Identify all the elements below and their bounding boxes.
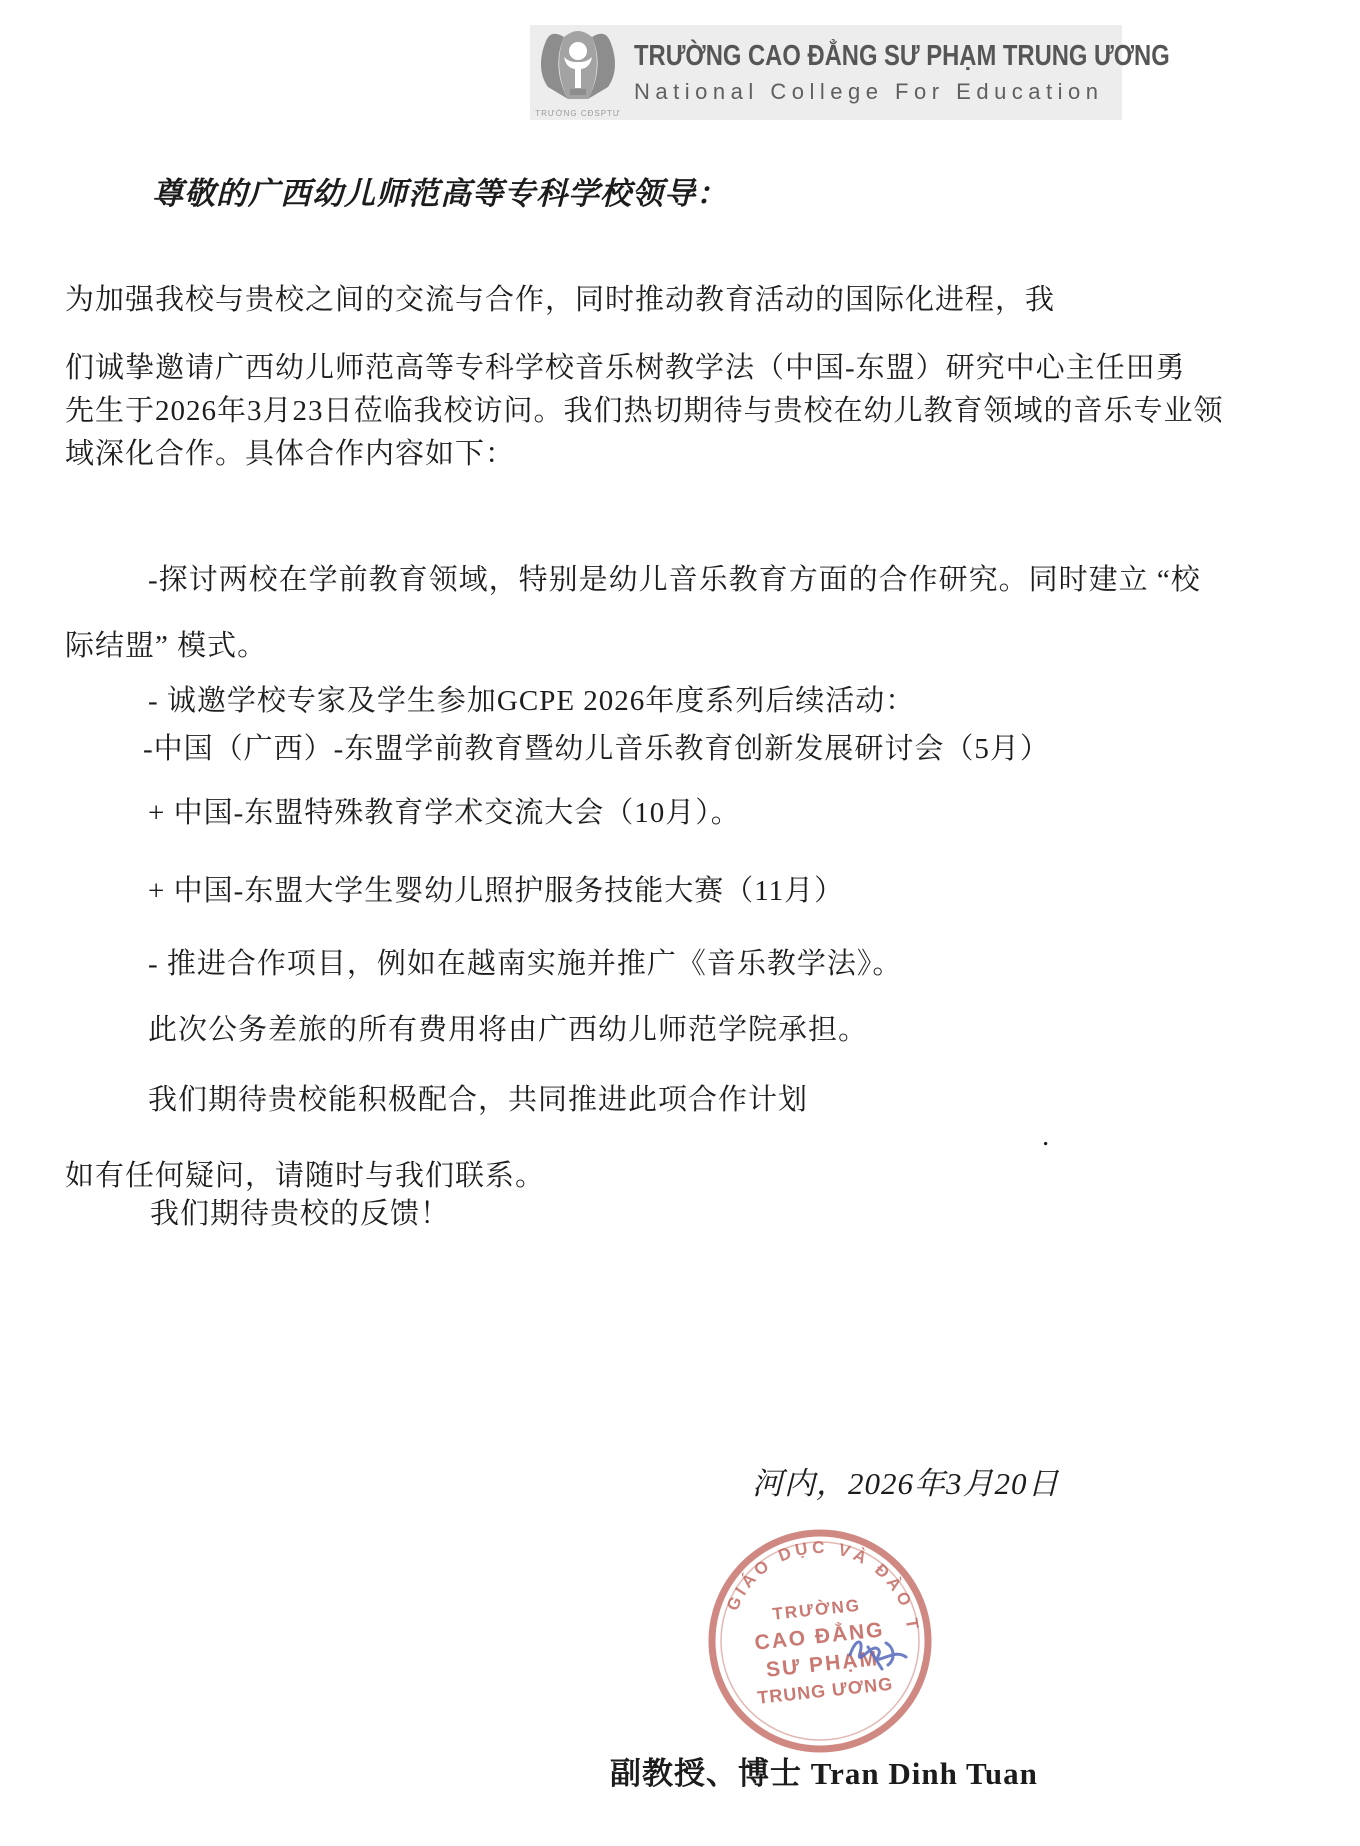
letterhead: TRƯỜNG CĐSPTƯ TRƯỜNG CAO ĐẲNG SƯ PHẠM TR… [530, 25, 1122, 120]
paragraph-intro: 为加强我校与贵校之间的交流与合作，同时推动教育活动的国际化进程，我 [65, 282, 1055, 318]
paragraph-cost: 此次公务差旅的所有费用将由广西幼儿师范学院承担。 [148, 1012, 868, 1048]
stray-dot: . [1042, 1120, 1049, 1153]
paragraph-contact: 如有任何疑问，请随时与我们联系。 [65, 1158, 545, 1194]
org-name-vietnamese: TRƯỜNG CAO ĐẲNG SƯ PHẠM TRUNG ƯƠNG [634, 40, 1170, 73]
college-logo: TRƯỜNG CĐSPTƯ [530, 27, 626, 119]
paragraph-invite-line1: 们诚挚邀请广西幼儿师范高等专科学校音乐树教学法（中国-东盟）研究中心主任田勇 [65, 350, 1186, 386]
stamp-center-line1: TRƯỜNG [772, 1596, 862, 1624]
paragraph-feedback: 我们期待贵校的反馈！ [150, 1196, 450, 1232]
dateline: 河内，2026年3月20日 [752, 1458, 1060, 1503]
logo-caption: TRƯỜNG CĐSPTƯ [530, 109, 626, 118]
salutation: 尊敬的广西幼儿师范高等专科学校领导： [152, 168, 728, 213]
item-activity-november: + 中国-东盟大学生婴幼儿照护服务技能大赛（11月） [148, 873, 844, 909]
paragraph-invite-line2: 先生于2026年3月23日莅临我校访问。我们热切期待与贵校在幼儿教育领域的音乐专… [65, 393, 1224, 429]
letter-page: TRƯỜNG CĐSPTƯ TRƯỜNG CAO ĐẲNG SƯ PHẠM TR… [0, 0, 1360, 1846]
college-logo-icon [536, 27, 620, 105]
item-activity-may: -中国（广西）-东盟学前教育暨幼儿音乐教育创新发展研讨会（5月） [143, 731, 1050, 767]
item-activity-promo: - 推进合作项目，例如在越南实施并推广《音乐教学法》。 [148, 946, 902, 982]
paragraph-invite-line3: 域深化合作。具体合作内容如下： [65, 436, 515, 472]
org-name-english: National College For Education [634, 79, 1287, 105]
item-activities-head: - 诚邀学校专家及学生参加GCPE 2026年度系列后续活动： [148, 683, 915, 719]
item-activity-october: + 中国-东盟特殊教育学术交流大会（10月）。 [148, 795, 741, 831]
item-cooperation-line2: 际结盟” 模式。 [65, 628, 267, 664]
paragraph-hope: 我们期待贵校能积极配合，共同推进此项合作计划 [148, 1082, 808, 1118]
org-name-block: TRƯỜNG CAO ĐẲNG SƯ PHẠM TRUNG ƯƠNG Natio… [626, 40, 1287, 105]
item-cooperation-line1: -探讨两校在学前教育领域，特别是幼儿音乐教育方面的合作研究。同时建立 “校 [148, 562, 1201, 598]
official-stamp: GIÁO DỤC VÀ ĐÀO TẠO TRƯỜNG CAO ĐẲNG SƯ P… [700, 1505, 940, 1777]
